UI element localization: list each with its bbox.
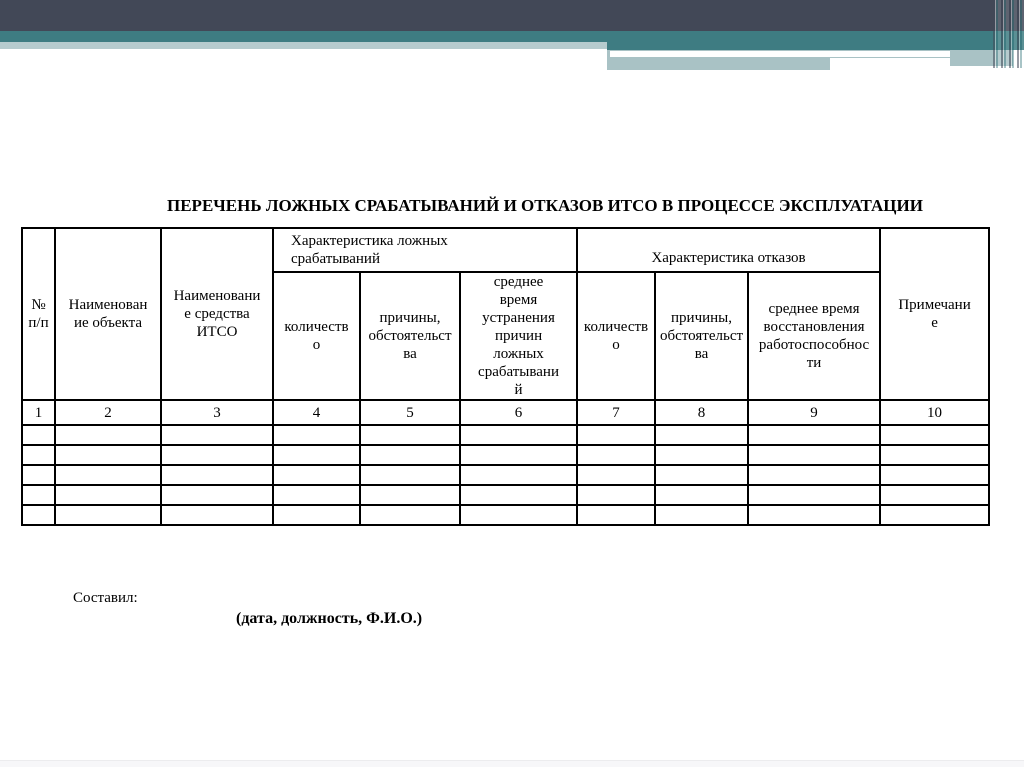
empty-cell <box>655 485 748 505</box>
header-fa-reasons: причины, обстоятельст ва <box>360 272 460 400</box>
slide: ПЕРЕЧЕНЬ ЛОЖНЫХ СРАБАТЫВАНИЙ И ОТКАЗОВ И… <box>0 0 1024 767</box>
empty-cell <box>360 505 460 525</box>
group-header-false-alarms: Характеристика ложных срабатываний <box>273 228 577 272</box>
empty-cell <box>748 465 880 485</box>
empty-cell <box>55 505 161 525</box>
empty-cell <box>655 445 748 465</box>
empty-cell <box>748 425 880 445</box>
column-number-row: 1 2 3 4 5 6 7 8 9 10 <box>22 400 989 425</box>
col-number: 10 <box>880 400 989 425</box>
empty-cell <box>460 445 577 465</box>
accent-stripe-teal-right <box>607 31 1024 50</box>
col-number: 9 <box>748 400 880 425</box>
accent-stripe-pale-left <box>0 42 607 49</box>
accent-pale-tail <box>607 66 830 70</box>
top-bar-dark <box>0 0 1024 31</box>
header-itso-name: Наименовани е средства ИТСО <box>161 228 273 400</box>
empty-cell <box>577 505 655 525</box>
empty-data-row <box>22 485 989 505</box>
empty-data-row <box>22 425 989 445</box>
empty-cell <box>655 505 748 525</box>
empty-cell <box>577 465 655 485</box>
empty-cell <box>55 485 161 505</box>
empty-cell <box>577 445 655 465</box>
empty-cell <box>161 505 273 525</box>
accent-white-line <box>610 51 950 57</box>
header-fa-avg-time: среднее время устранения причин ложных с… <box>460 272 577 400</box>
table-group-header-row: № п/п Наименован ие объекта Наименовани … <box>22 228 989 272</box>
col-number: 1 <box>22 400 55 425</box>
slide-title: ПЕРЕЧЕНЬ ЛОЖНЫХ СРАБАТЫВАНИЙ И ОТКАЗОВ И… <box>100 195 990 216</box>
empty-cell <box>273 445 360 465</box>
empty-cell <box>880 505 989 525</box>
col-number: 4 <box>273 400 360 425</box>
accent-white-notch <box>830 58 950 66</box>
header-f-avg-time: среднее время восстановления работоспосо… <box>748 272 880 400</box>
col-number: 6 <box>460 400 577 425</box>
col-number: 8 <box>655 400 748 425</box>
empty-cell <box>273 485 360 505</box>
empty-cell <box>748 505 880 525</box>
empty-cell <box>655 425 748 445</box>
empty-cell <box>161 485 273 505</box>
empty-data-row <box>22 505 989 525</box>
empty-cell <box>55 465 161 485</box>
signature-hint: (дата, должность, Ф.И.О.) <box>236 610 422 628</box>
empty-cell <box>273 425 360 445</box>
empty-cell <box>460 465 577 485</box>
empty-cell <box>360 425 460 445</box>
empty-cell <box>880 465 989 485</box>
col-number: 2 <box>55 400 161 425</box>
empty-cell <box>55 445 161 465</box>
empty-cell <box>880 425 989 445</box>
empty-data-row <box>22 465 989 485</box>
empty-cell <box>880 485 989 505</box>
empty-cell <box>55 425 161 445</box>
empty-cell <box>577 425 655 445</box>
empty-cell <box>161 445 273 465</box>
itso-failures-table: № п/п Наименован ие объекта Наименовани … <box>21 227 990 526</box>
empty-cell <box>460 425 577 445</box>
empty-cell <box>22 425 55 445</box>
header-f-reasons: причины, обстоятельст ва <box>655 272 748 400</box>
empty-cell <box>360 445 460 465</box>
header-num: № п/п <box>22 228 55 400</box>
empty-cell <box>273 505 360 525</box>
empty-cell <box>748 485 880 505</box>
empty-cell <box>748 445 880 465</box>
header-fa-count: количеств о <box>273 272 360 400</box>
empty-cell <box>577 485 655 505</box>
col-number: 7 <box>577 400 655 425</box>
accent-stripe-teal-left <box>0 31 607 42</box>
empty-cell <box>273 465 360 485</box>
empty-cell <box>360 465 460 485</box>
empty-cell <box>22 445 55 465</box>
empty-cell <box>22 485 55 505</box>
col-number: 5 <box>360 400 460 425</box>
empty-cell <box>161 465 273 485</box>
empty-cell <box>655 465 748 485</box>
header-f-count: количеств о <box>577 272 655 400</box>
empty-data-row <box>22 445 989 465</box>
col-number: 3 <box>161 400 273 425</box>
header-note: Примечани е <box>880 228 989 400</box>
empty-cell <box>360 485 460 505</box>
edge-vertical-stripes <box>993 0 1024 68</box>
composed-by-label: Составил: <box>73 590 138 607</box>
empty-cell <box>22 505 55 525</box>
empty-cell <box>880 445 989 465</box>
empty-cell <box>460 485 577 505</box>
group-header-failures: Характеристика отказов <box>577 228 880 272</box>
empty-cell <box>161 425 273 445</box>
empty-cell <box>460 505 577 525</box>
empty-cell <box>22 465 55 485</box>
header-object-name: Наименован ие объекта <box>55 228 161 400</box>
itso-table-wrapper: № п/п Наименован ие объекта Наименовани … <box>21 227 990 526</box>
bottom-strip <box>0 760 1024 767</box>
